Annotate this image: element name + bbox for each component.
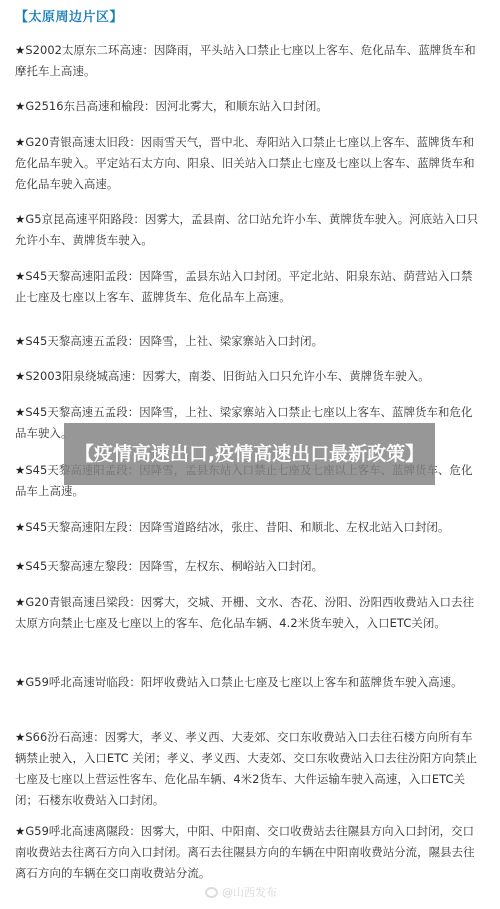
star-icon: ★	[15, 730, 25, 744]
star-icon: ★	[15, 405, 25, 419]
star-icon: ★	[15, 559, 25, 573]
star-icon: ★	[15, 369, 25, 383]
notice-entry: ★S45天黎高速阳左段：因降雪道路结冰，张庄、昔阳、和顺北、左权北站入口封闭。	[15, 517, 483, 538]
star-icon: ★	[15, 334, 25, 348]
entry-text: S2003阳泉绕城高速：因雾大，南娄、旧街站入口只允许小车、黄牌货车驶入。	[25, 369, 429, 383]
star-icon: ★	[15, 43, 25, 57]
star-icon: ★	[15, 595, 25, 609]
watermark-text: @山西发布	[222, 884, 277, 900]
entry-text: S66汾石高速：因雾大，孝义、孝义西、大麦郊、交口东收费站入口去往石楼方向所有车…	[15, 730, 477, 807]
notice-entry: ★G59呼北高速岢临段：阳坪收费站入口禁止七座及七座以上客车和蓝牌货车驶入高速。	[15, 672, 483, 693]
notice-entry: ★G2516东吕高速和榆段：因河北雾大，和顺东站入口封闭。	[15, 96, 483, 117]
star-icon: ★	[15, 99, 25, 113]
star-icon: ★	[15, 824, 25, 838]
entry-text: G59呼北高速离隰段：因雾大，中阳、中阳南、交口收费站去往隰县方向入口封闭，交口…	[15, 824, 475, 880]
entry-text: G5京昆高速平阳路段：因雾大，孟县南、岔口站允许小车、黄牌货车驶入。河底站入口只…	[15, 212, 478, 247]
notice-entry: ★S2002太原东二环高速：因降雨，平头站入口禁止七座以上客车、危化品车、蓝牌货…	[15, 40, 483, 82]
section-heading: 【太原周边片区】	[15, 6, 123, 25]
entry-text: S45天黎高速五孟段：因降雪，上社、梁家寨站入口封闭。	[25, 334, 323, 348]
star-icon: ★	[15, 212, 25, 226]
star-icon: ★	[15, 463, 25, 477]
entry-text: S45天黎高速阳孟段：因降雪，孟县东站入口封闭。平定北站、阳泉东站、荫营站入口禁…	[15, 269, 473, 304]
star-icon: ★	[15, 135, 25, 149]
star-icon: ★	[15, 520, 25, 534]
notice-entry: ★S45天黎高速左黎段：因降雪，左权东、桐峪站入口封闭。	[15, 556, 483, 577]
notice-entry: ★S66汾石高速：因雾大，孝义、孝义西、大麦郊、交口东收费站入口去往石楼方向所有…	[15, 727, 483, 811]
overlay-title: 【疫情高速出口,疫情高速出口最新政策】	[67, 441, 432, 468]
notice-entry: ★G5京昆高速平阳路段：因雾大，孟县南、岔口站允许小车、黄牌货车驶入。河底站入口…	[15, 209, 483, 251]
title-overlay-banner: 【疫情高速出口,疫情高速出口最新政策】	[64, 423, 435, 485]
entry-text: G20青银高速太旧段：因雨雪天气，晋中北、寿阳站入口禁止七座以上客车、蓝牌货车和…	[15, 135, 475, 191]
entry-text: S45天黎高速阳左段：因降雪道路结冰，张庄、昔阳、和顺北、左权北站入口封闭。	[25, 520, 449, 534]
watermark: @山西发布	[205, 884, 277, 900]
notice-entry: ★G20青银高速吕梁段：因雾大，交城、开栅、文水、杏花、汾阳、汾阳西收费站入口去…	[15, 592, 483, 634]
weibo-icon	[205, 887, 218, 898]
notice-entry: ★S45天黎高速阳孟段：因降雪，孟县东站入口封闭。平定北站、阳泉东站、荫营站入口…	[15, 266, 483, 308]
entry-text: G2516东吕高速和榆段：因河北雾大，和顺东站入口封闭。	[25, 99, 328, 113]
entry-text: S45天黎高速左黎段：因降雪，左权东、桐峪站入口封闭。	[25, 559, 323, 573]
notice-entry: ★S2003阳泉绕城高速：因雾大，南娄、旧街站入口只允许小车、黄牌货车驶入。	[15, 366, 483, 387]
star-icon: ★	[15, 269, 25, 283]
entry-text: G20青银高速吕梁段：因雾大，交城、开栅、文水、杏花、汾阳、汾阳西收费站入口去往…	[15, 595, 474, 630]
entry-text: G59呼北高速岢临段：阳坪收费站入口禁止七座及七座以上客车和蓝牌货车驶入高速。	[25, 675, 462, 689]
notice-entry: ★G20青银高速太旧段：因雨雪天气，晋中北、寿阳站入口禁止七座以上客车、蓝牌货车…	[15, 132, 483, 195]
star-icon: ★	[15, 675, 25, 689]
notice-entry: ★G59呼北高速离隰段：因雾大，中阳、中阳南、交口收费站去往隰县方向入口封闭，交…	[15, 821, 483, 884]
entry-text: S2002太原东二环高速：因降雨，平头站入口禁止七座以上客车、危化品车、蓝牌货车…	[15, 43, 476, 78]
notice-entry: ★S45天黎高速五孟段：因降雪，上社、梁家寨站入口封闭。	[15, 331, 483, 352]
